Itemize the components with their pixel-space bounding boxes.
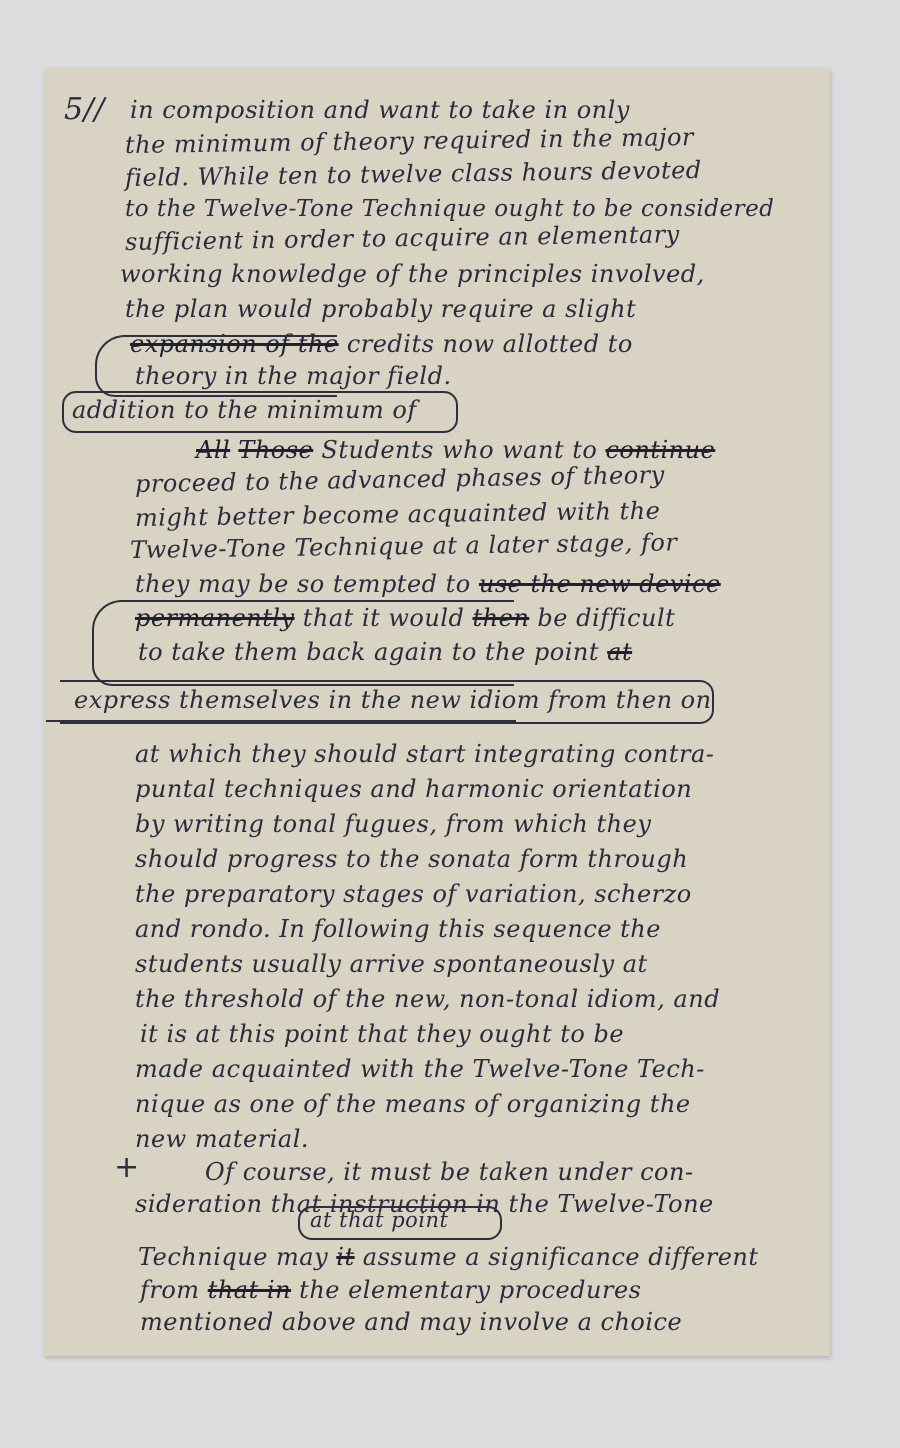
text-line: the preparatory stages of variation, sch… — [135, 880, 692, 908]
struck-text: use the new device — [479, 570, 721, 598]
text-fragment: assume a significance different — [363, 1243, 759, 1271]
text-line: they may be so tempted to use the new de… — [135, 570, 721, 598]
text-fragment: the elementary procedures — [299, 1276, 641, 1304]
insertion-bracket — [92, 600, 514, 686]
insertion-bracket — [95, 335, 337, 397]
separator-line — [46, 720, 516, 722]
text-line: should progress to the sonata form throu… — [135, 845, 688, 873]
struck-text: that in — [208, 1276, 291, 1304]
text-fragment: they may be so tempted to — [135, 570, 471, 598]
text-line: made acquainted with the Twelve-Tone Tec… — [135, 1055, 705, 1083]
insertion-text: express themselves in the new idiom from… — [74, 686, 712, 714]
insertion-text: at that point — [310, 1208, 449, 1232]
text-line: to the Twelve-Tone Technique ought to be… — [125, 196, 774, 222]
text-line: All Those Students who want to continue — [196, 436, 715, 464]
text-line: working knowledge of the principles invo… — [120, 260, 705, 288]
text-line: it is at this point that they ought to b… — [140, 1020, 624, 1048]
text-fragment: Technique may — [138, 1243, 328, 1271]
text-line: new material. — [135, 1125, 309, 1153]
text-line: and rondo. In following this sequence th… — [135, 915, 661, 943]
insertion-text: addition to the minimum of — [72, 396, 417, 424]
struck-text: continue — [605, 436, 715, 464]
text-line: puntal techniques and harmonic orientati… — [135, 775, 692, 803]
struck-text: Those — [238, 436, 313, 464]
text-line: Of course, it must be taken under con- — [205, 1158, 694, 1186]
text-line: students usually arrive spontaneously at — [135, 950, 648, 978]
text-line: mentioned above and may involve a choice — [140, 1308, 682, 1336]
margin-cross-mark: + — [114, 1150, 139, 1185]
struck-text: it — [336, 1243, 354, 1271]
text-fragment: be difficult — [537, 604, 675, 632]
text-fragment: Students who want to — [321, 436, 597, 464]
text-line: the plan would probably require a slight — [125, 295, 636, 323]
text-line: from that in the elementary procedures — [140, 1276, 641, 1304]
text-fragment: from — [140, 1276, 200, 1304]
text-line: the threshold of the new, non-tonal idio… — [135, 985, 720, 1013]
text-line: nique as one of the means of organizing … — [135, 1090, 691, 1118]
struck-text: All — [196, 436, 230, 464]
text-line: by writing tonal fugues, from which they — [135, 810, 651, 838]
text-line: at which they should start integrating c… — [135, 740, 714, 768]
text-line: Technique may it assume a significance d… — [138, 1243, 759, 1271]
struck-text: at — [607, 638, 632, 666]
text-fragment: credits now allotted to — [347, 330, 633, 358]
page-number: 5// — [64, 92, 105, 127]
text-line: in composition and want to take in only — [130, 96, 630, 124]
